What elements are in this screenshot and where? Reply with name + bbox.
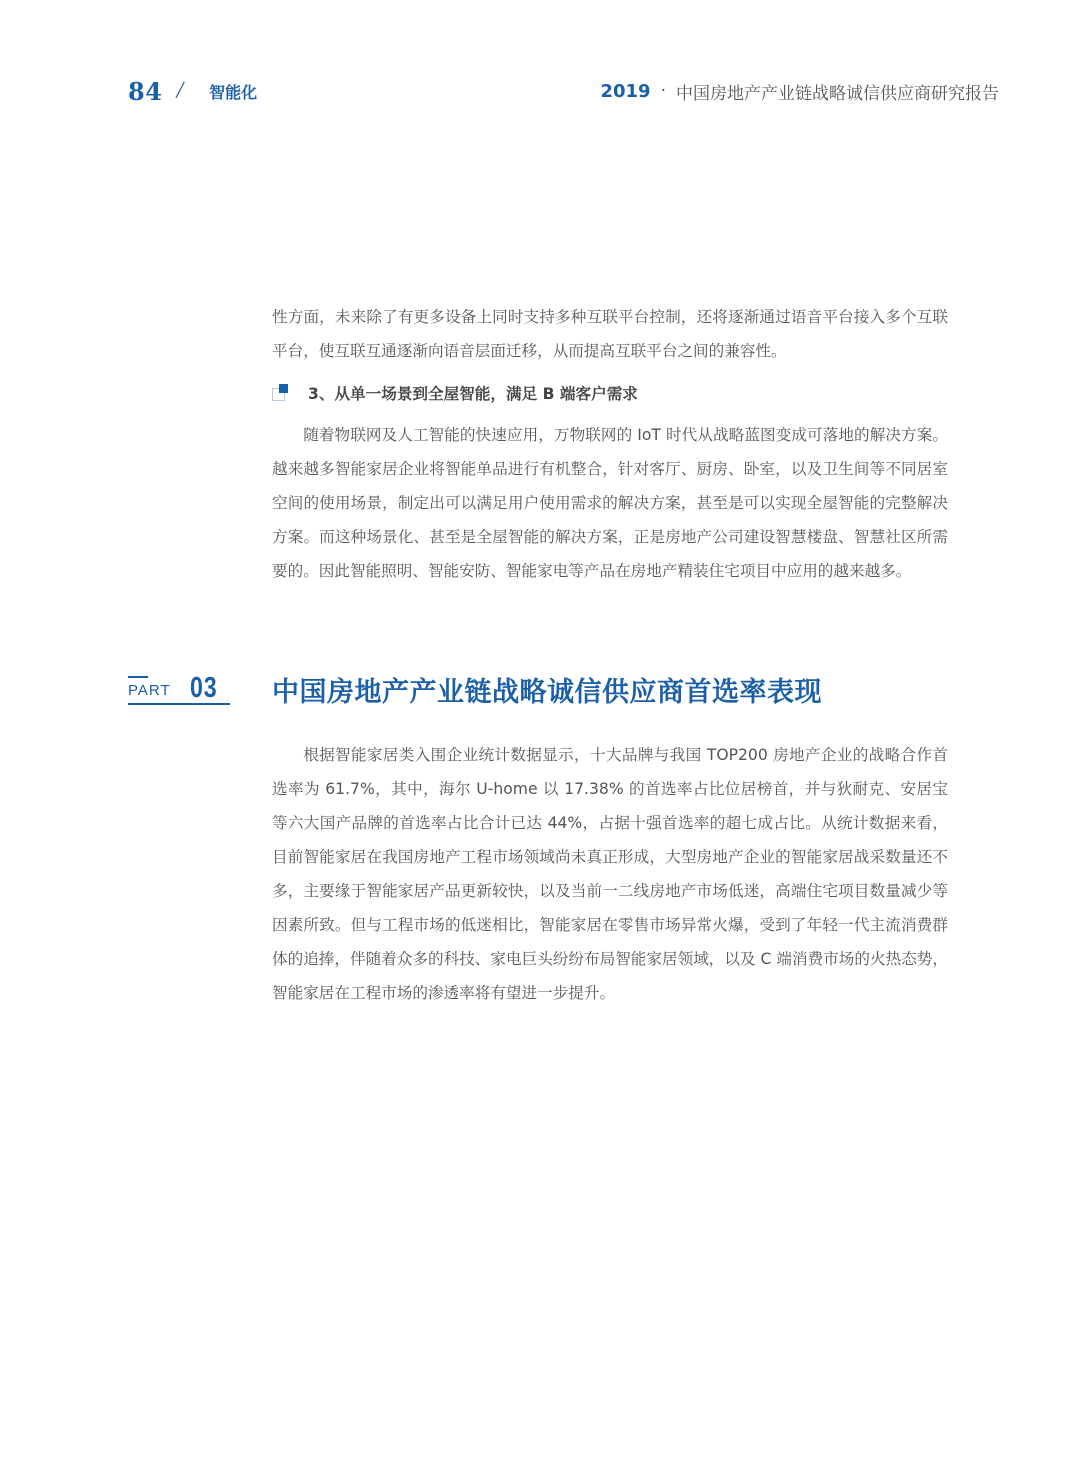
page-header-left: 84 / 智能化	[128, 74, 257, 108]
part-word: PART	[128, 682, 171, 699]
header-dot: ·	[661, 81, 666, 101]
subsection-body: 随着物联网及人工智能的快速应用，万物联网的 IoT 时代从战略蓝图变成可落地的解…	[272, 418, 948, 588]
report-title: 中国房地产产业链战略诚信供应商研究报告	[676, 79, 999, 104]
subsection-heading-text: 3、从单一场景到全屋智能，满足 B 端客户需求	[308, 382, 638, 404]
part-topbar	[128, 676, 148, 678]
part-title: 中国房地产产业链战略诚信供应商首选率表现	[272, 670, 822, 709]
header-separator: /	[176, 78, 183, 105]
part-number: 03	[190, 672, 217, 705]
part-label: PART 03	[128, 672, 230, 706]
continued-paragraph: 性方面，未来除了有更多设备上同时支持多种互联平台控制，还将逐渐通过语音平台接入多…	[272, 300, 948, 368]
part-paragraph: 根据智能家居类入围企业统计数据显示，十大品牌与我国 TOP200 房地产企业的战…	[272, 738, 948, 1010]
subsection-heading: 3、从单一场景到全屋智能，满足 B 端客户需求	[272, 378, 638, 408]
subsection-paragraph: 随着物联网及人工智能的快速应用，万物联网的 IoT 时代从战略蓝图变成可落地的解…	[272, 418, 948, 588]
page-number: 84	[128, 77, 162, 106]
report-year: 2019	[600, 81, 650, 102]
part-body: 根据智能家居类入围企业统计数据显示，十大品牌与我国 TOP200 房地产企业的战…	[272, 738, 948, 1010]
section-name: 智能化	[209, 80, 257, 103]
continued-section: 性方面，未来除了有更多设备上同时支持多种互联平台控制，还将逐渐通过语音平台接入多…	[272, 300, 948, 368]
page-header-right: 2019 · 中国房地产产业链战略诚信供应商研究报告	[600, 74, 999, 108]
part-underline	[128, 703, 230, 705]
square-bullet-icon	[272, 384, 290, 402]
